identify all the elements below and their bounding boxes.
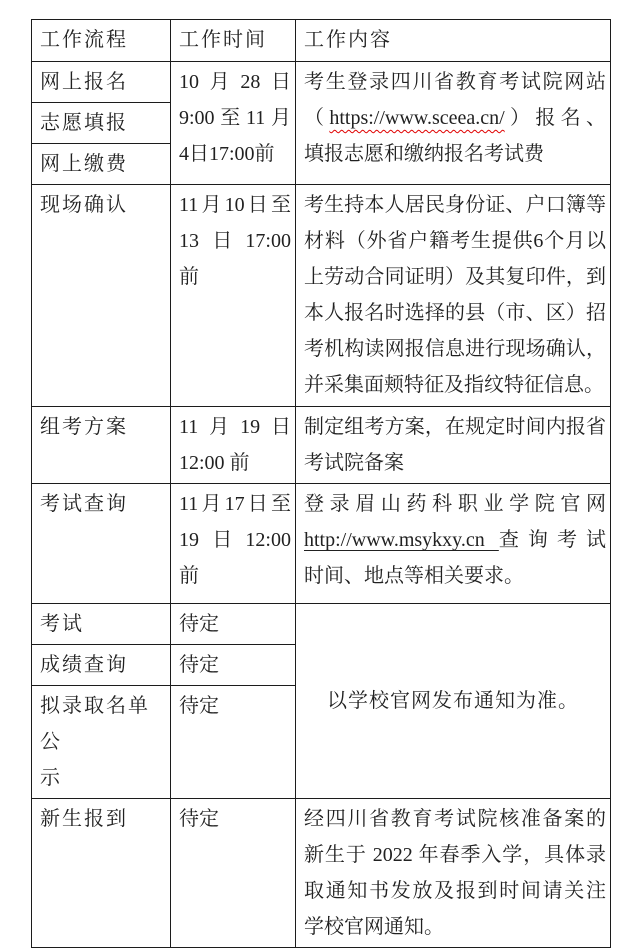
text-line: 并采集面颊特征及指纹特征信息。 (304, 367, 606, 403)
time-cell-registration: 10月28日 9:00至11月 4日17:00前 (171, 62, 296, 185)
time-cell-admission-list: 待定 (171, 686, 296, 799)
msykxy-url-link[interactable]: http://www.msykxy.cn (304, 529, 499, 551)
process-cell-volunteer-filling: 志愿填报 (32, 103, 171, 144)
table-row: 现场确认 11月10日至 13日17:00 前 考生持本人居民身份证、户口簿等 … (32, 185, 611, 407)
sceea-url: https://www.sceea.cn/ (329, 107, 504, 129)
text-line: 考机构读网报信息进行现场确认， (304, 331, 606, 367)
content-cell-freshman-report: 经四川省教育考试院核准备案的 新生于 2022 年春季入学，具体录 取通知书发放… (296, 799, 611, 948)
header-time: 工作时间 (171, 20, 296, 62)
paren-open: （ (304, 107, 329, 129)
text-line: 经四川省教育考试院核准备案的 (304, 801, 606, 837)
text-line: 时间、地点等相关要求。 (304, 558, 606, 594)
text-line: （https://www.sceea.cn/）报名、 (304, 100, 606, 136)
time-cell-onsite-confirmation: 11月10日至 13日17:00 前 (171, 185, 296, 407)
process-cell-exam: 考试 (32, 604, 171, 645)
line-suffix: ）报名、 (505, 107, 606, 129)
text-line: 11月17日至 (179, 486, 291, 522)
process-cell-exam-plan: 组考方案 (32, 407, 171, 484)
text-line: 前 (179, 259, 291, 295)
text-line: 前 (179, 558, 291, 594)
content-cell-registration: 考生登录四川省教育考试院网站 （https://www.sceea.cn/）报名… (296, 62, 611, 185)
text-line: 本人报名时选择的县（市、区）招 (304, 295, 606, 331)
content-cell-exam-plan: 制定组考方案，在规定时间内报省 考试院备案 (296, 407, 611, 484)
text-line: 12:00 前 (179, 445, 291, 481)
process-cell-onsite-confirmation: 现场确认 (32, 185, 171, 407)
process-cell-exam-query: 考试查询 (32, 484, 171, 604)
text-line: http://www.msykxy.cn 查询考试 (304, 522, 606, 558)
time-cell-score-query: 待定 (171, 645, 296, 686)
process-cell-admission-list: 拟录取名单公 示 (32, 686, 171, 799)
table-row: 新生报到 待定 经四川省教育考试院核准备案的 新生于 2022 年春季入学，具体… (32, 799, 611, 948)
text-line: 4日17:00前 (179, 136, 291, 172)
table-row: 考试 待定 以学校官网发布通知为准。 (32, 604, 611, 645)
text-line: 13日17:00 (179, 223, 291, 259)
table-row: 网上报名 10月28日 9:00至11月 4日17:00前 考生登录四川省教育考… (32, 62, 611, 103)
time-cell-exam-plan: 11月19日 12:00 前 (171, 407, 296, 484)
text-line: 9:00至11月 (179, 100, 291, 136)
text-line: 填报志愿和缴纳报名考试费 (304, 136, 606, 172)
text-line: 新生于 2022 年春季入学，具体录 (304, 837, 606, 873)
text-line: 登录眉山药科职业学院官网 (304, 486, 606, 522)
text-line: 19日12:00 (179, 522, 291, 558)
process-cell-online-registration: 网上报名 (32, 62, 171, 103)
text-line: 11月10日至 (179, 187, 291, 223)
text-line: 10月28日 (179, 64, 291, 100)
process-cell-score-query: 成绩查询 (32, 645, 171, 686)
text-line: 学校官网通知。 (304, 909, 606, 945)
time-cell-exam-query: 11月17日至 19日12:00 前 (171, 484, 296, 604)
content-cell-pending-notice: 以学校官网发布通知为准。 (296, 604, 611, 799)
table-row: 组考方案 11月19日 12:00 前 制定组考方案，在规定时间内报省 考试院备… (32, 407, 611, 484)
content-cell-onsite-confirmation: 考生持本人居民身份证、户口簿等 材料（外省户籍考生提供6个月以 上劳动合同证明）… (296, 185, 611, 407)
schedule-table: 工作流程 工作时间 工作内容 网上报名 10月28日 9:00至11月 4日17… (31, 19, 611, 948)
text-line: 考生登录四川省教育考试院网站 (304, 64, 606, 100)
table-header-row: 工作流程 工作时间 工作内容 (32, 20, 611, 62)
time-cell-freshman-report: 待定 (171, 799, 296, 948)
text-line: 11月19日 (179, 409, 291, 445)
process-cell-freshman-report: 新生报到 (32, 799, 171, 948)
text-line: 制定组考方案，在规定时间内报省 (304, 409, 606, 445)
header-process: 工作流程 (32, 20, 171, 62)
content-cell-exam-query: 登录眉山药科职业学院官网 http://www.msykxy.cn 查询考试 时… (296, 484, 611, 604)
text-line: 考试院备案 (304, 445, 606, 481)
text-line: 上劳动合同证明）及其复印件，到 (304, 259, 606, 295)
table-row: 考试查询 11月17日至 19日12:00 前 登录眉山药科职业学院官网 htt… (32, 484, 611, 604)
time-cell-exam: 待定 (171, 604, 296, 645)
header-content: 工作内容 (296, 20, 611, 62)
text-line: 材料（外省户籍考生提供6个月以 (304, 223, 606, 259)
text-line: 考生持本人居民身份证、户口簿等 (304, 187, 606, 223)
process-cell-online-payment: 网上缴费 (32, 144, 171, 185)
line-suffix: 查询考试 (499, 529, 606, 551)
text-line: 取通知书发放及报到时间请关注 (304, 873, 606, 909)
